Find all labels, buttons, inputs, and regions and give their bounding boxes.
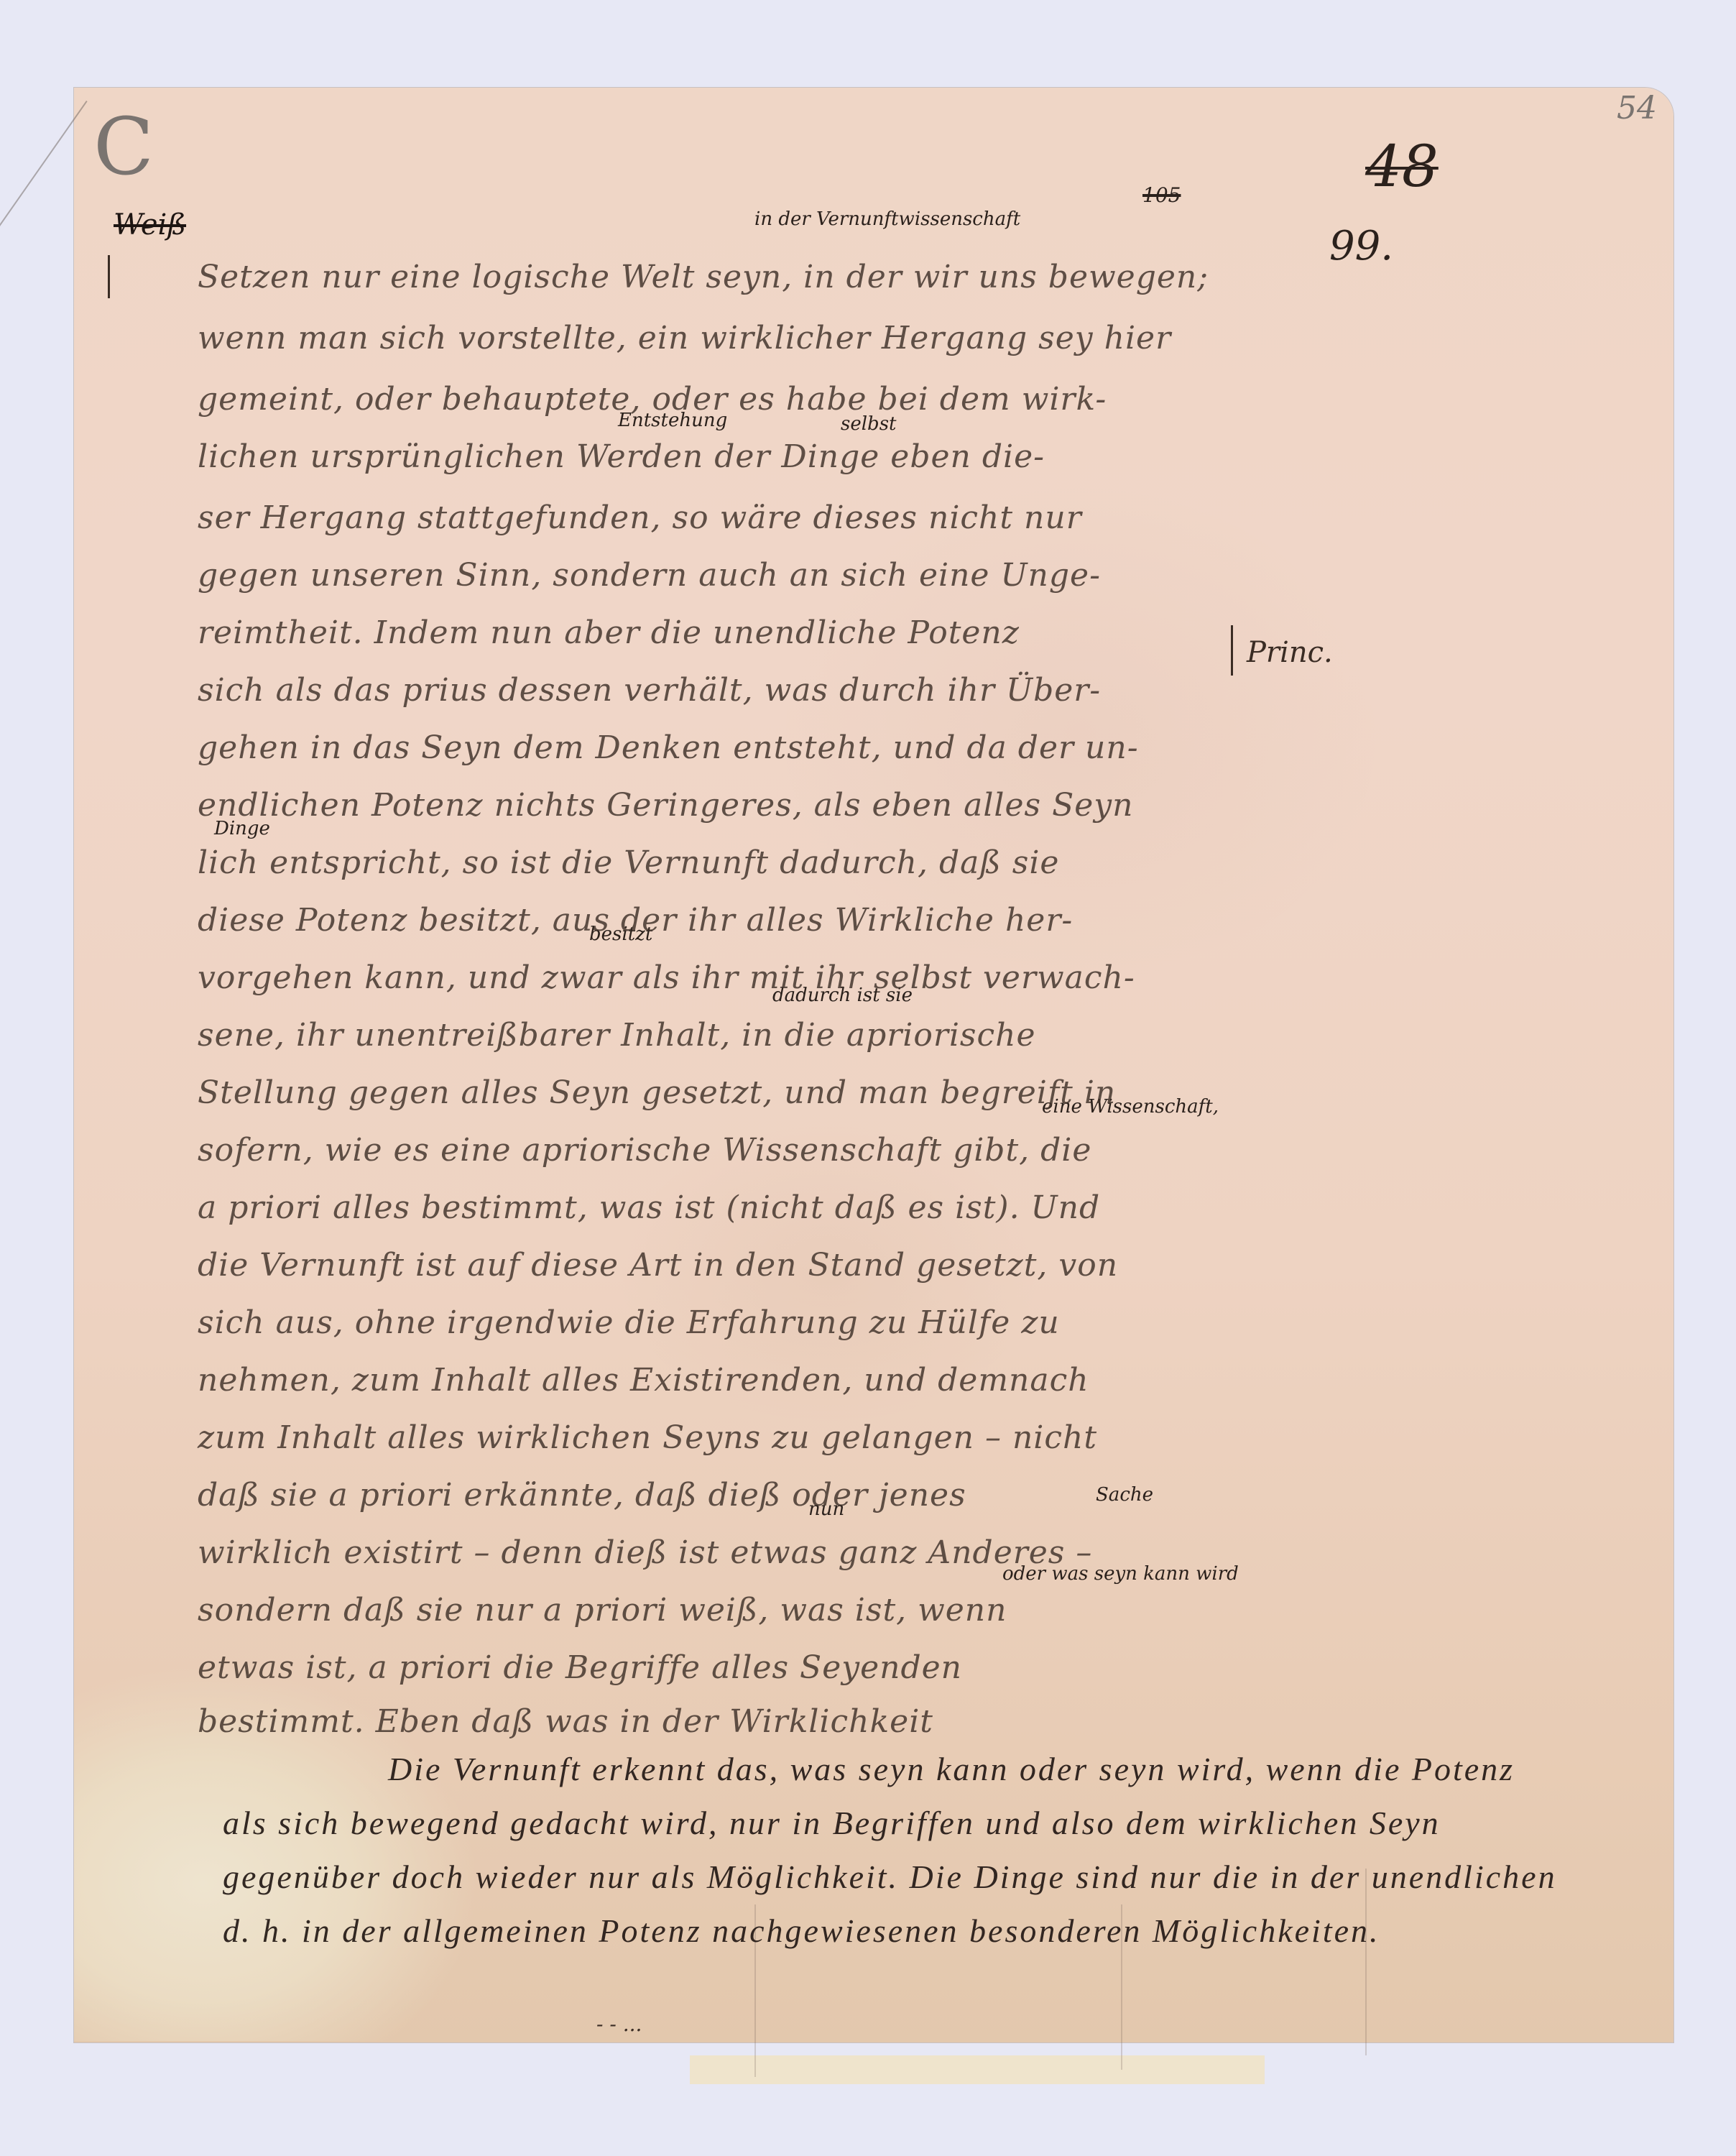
- archive-folio-number: 54: [1617, 90, 1657, 126]
- late-addition-line: Die Vernunft erkennt das, was seyn kann …: [388, 1750, 1515, 1788]
- manuscript-line: diese Potenz besitzt, aus der ihr alles …: [198, 902, 1073, 939]
- late-addition-line: d. h. in der allgemeinen Potenz nachgewi…: [223, 1912, 1380, 1950]
- manuscript-line: endlichen Potenz nichts Geringeres, als …: [198, 787, 1133, 824]
- footer-ink-marks: - - ...: [596, 2012, 642, 2036]
- manuscript-line: ser Hergang stattgefunden, so wäre diese…: [198, 499, 1082, 536]
- manuscript-line: die Vernunft ist auf diese Art in den St…: [198, 1247, 1118, 1284]
- manuscript-line: zum Inhalt alles wirklichen Seyns zu gel…: [198, 1419, 1097, 1456]
- manuscript-line: gemeint, oder behauptete, oder es habe b…: [198, 381, 1107, 418]
- manuscript-line: a priori alles bestimmt, was ist (nicht …: [198, 1189, 1100, 1226]
- manuscript-line: wirklich existirt – denn dieß ist etwas …: [198, 1534, 1092, 1571]
- manuscript-line: Stellung gegen alles Seyn gesetzt, und m…: [198, 1074, 1116, 1111]
- page-number: 99.: [1329, 223, 1393, 269]
- interlinear-insertion: Sache: [1096, 1484, 1153, 1506]
- manuscript-line: daß sie a priori erkännte, daß dieß oder…: [198, 1477, 966, 1514]
- manuscript-line: sofern, wie es eine apriorische Wissensc…: [198, 1132, 1091, 1169]
- manuscript-line-partially-struck: bestimmt. Eben daß was in der Wirklichke…: [198, 1703, 933, 1740]
- manuscript-line: vorgehen kann, und zwar als ihr mit ihr …: [198, 959, 1135, 996]
- manuscript-line: sene, ihr unentreißbarer Inhalt, in die …: [198, 1017, 1036, 1054]
- struck-heading-word: Weiß: [114, 208, 186, 241]
- scan-stage: C 54 48 99. 105 Weiß Princ. in der Vernu…: [0, 0, 1736, 2156]
- opening-bracket: [108, 255, 110, 298]
- margin-note-princ: Princ.: [1247, 636, 1333, 669]
- late-addition-line: gegenüber doch wieder nur als Möglichkei…: [223, 1858, 1557, 1896]
- interlinear-insertion: in der Vernunftwissenschaft: [754, 208, 1020, 230]
- margin-note-bar: [1231, 625, 1233, 676]
- manuscript-line: gegen unseren Sinn, sondern auch an sich…: [198, 557, 1101, 594]
- manuscript-line: sondern daß sie nur a priori weiß, was i…: [198, 1592, 1007, 1628]
- struck-small-number: 105: [1142, 183, 1181, 207]
- late-addition-line: als sich bewegend gedacht wird, nur in B…: [223, 1804, 1441, 1842]
- torn-bottom-edge: [0, 2084, 1736, 2156]
- manuscript-line: wenn man sich vorstellte, ein wirklicher…: [198, 320, 1171, 356]
- manuscript-line: Setzen nur eine logische Welt seyn, in d…: [198, 259, 1209, 295]
- manuscript-line: reimtheit. Indem nun aber die unendliche…: [198, 614, 1020, 651]
- manuscript-line: lich entspricht, so ist die Vernunft dad…: [198, 844, 1059, 881]
- manuscript-line: sich als das prius dessen verhält, was d…: [198, 672, 1101, 709]
- manuscript-line: lichen ursprünglichen Werden der Dinge e…: [198, 438, 1045, 475]
- manuscript-line: sich aus, ohne irgendwie die Erfahrung z…: [198, 1304, 1060, 1341]
- manuscript-line: nehmen, zum Inhalt alles Existirenden, u…: [198, 1362, 1089, 1399]
- manuscript-line: gehen in das Seyn dem Denken entsteht, u…: [198, 729, 1139, 766]
- old-page-number-struck: 48: [1365, 133, 1439, 200]
- manuscript-line: etwas ist, a priori die Begriffe alles S…: [198, 1649, 962, 1686]
- pencil-letter-c: C: [93, 101, 154, 193]
